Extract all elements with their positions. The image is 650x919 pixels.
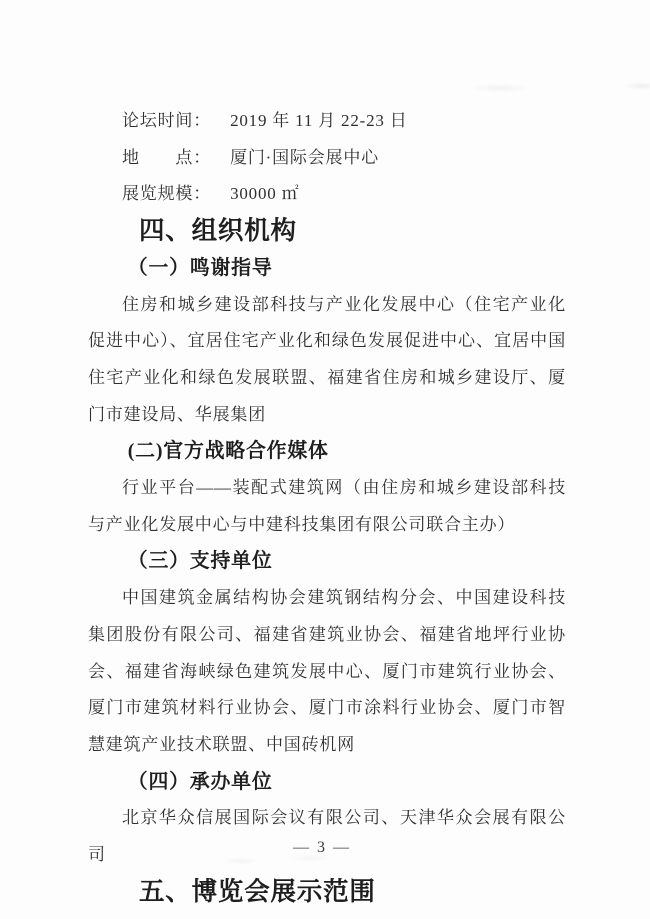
paragraph-organizing-units: 北京华众信展国际会议有限公司、天津华众会展有限公司: [88, 800, 566, 873]
document-page: 论坛时间： 2019 年 11 月 22-23 日 地 点： 厦门·国际会展中心…: [0, 0, 650, 919]
section-heading-organization: 四、组织机构: [88, 213, 566, 250]
location-label: 地 点：: [122, 148, 211, 167]
info-line-forum-time: 论坛时间： 2019 年 11 月 22-23 日: [88, 103, 566, 140]
subheading-organizing-units: （四）承办单位: [88, 764, 566, 801]
page-number: — 3 —: [0, 839, 644, 857]
forum-time-label: 论坛时间：: [122, 111, 211, 130]
info-line-location: 地 点： 厦门·国际会展中心: [88, 140, 566, 177]
paragraph-official-strategic-media: 行业平台——装配式建筑网（由住房和城乡建设部科技与产业化发展中心与中建科技集团有…: [88, 470, 566, 543]
location-value: 厦门·国际会展中心: [230, 148, 379, 167]
info-line-exhibition-scale: 展览规模： 30000 ㎡: [88, 176, 566, 213]
subheading-official-strategic-media: (二)官方战略合作媒体: [88, 433, 566, 470]
document-content: 论坛时间： 2019 年 11 月 22-23 日 地 点： 厦门·国际会展中心…: [88, 103, 566, 910]
paragraph-acknowledgement-guidance: 住房和城乡建设部科技与产业化发展中心（住宅产业化促进中心）、宜居住宅产业化和绿色…: [88, 287, 566, 434]
forum-time-value: 2019 年 11 月 22-23 日: [230, 111, 407, 130]
paragraph-supporting-units: 中国建筑金属结构协会建筑钢结构分会、中国建设科技集团股份有限公司、福建省建筑业协…: [88, 580, 566, 764]
subheading-supporting-units: （三）支持单位: [88, 543, 566, 580]
section-heading-expo-scope: 五、博览会展示范围: [88, 874, 566, 911]
exhibition-scale-value: 30000 ㎡: [230, 184, 299, 203]
exhibition-scale-label: 展览规模：: [122, 184, 211, 203]
subheading-acknowledgement-guidance: （一）鸣谢指导: [88, 250, 566, 287]
